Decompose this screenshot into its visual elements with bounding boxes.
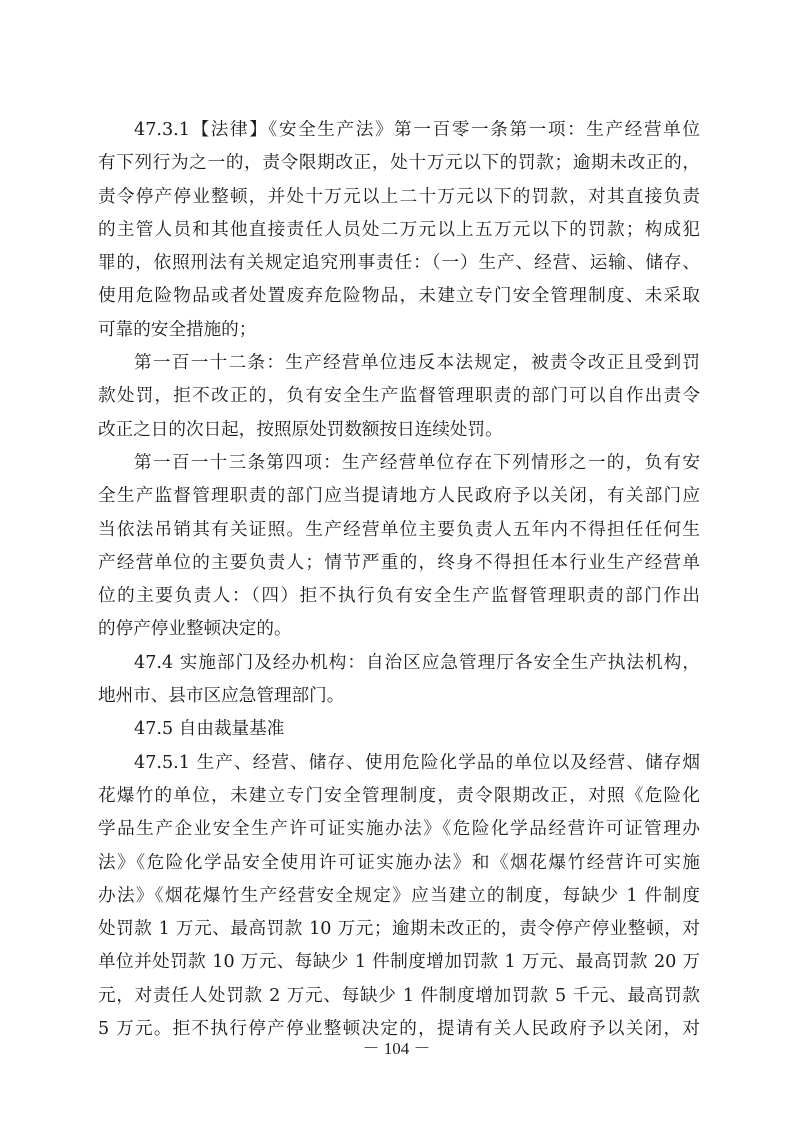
paragraph-article-113-item-4: 第一百一十三条第四项：生产经营单位存在下列情形之一的，负有安 全生产监督管理职责… (98, 447, 700, 647)
text-line: 产经营单位的主要负责人；情节严重的，终身不得担任本行业生产经营单 (98, 547, 700, 580)
text-line: 的主管人员和其他直接责任人员处二万元以上五万元以下的罚款；构成犯 (98, 214, 700, 247)
text-line: 花爆竹的单位，未建立专门安全管理制度，责令限期改正，对照《危险化 (98, 780, 700, 813)
paragraph-47-5-1: 47.5.1 生产、经营、储存、使用危险化学品的单位以及经营、储存烟 花爆竹的单… (98, 747, 700, 1047)
section-heading-47-5: 47.5 自由裁量基准 (98, 713, 700, 746)
text-line: 有下列行为之一的，责令限期改正，处十万元以下的罚款；逾期未改正的， (98, 147, 700, 180)
text-line: 学品生产企业安全生产许可证实施办法》《危险化学品经营许可证管理办 (98, 813, 700, 846)
text-line: 全生产监督管理职责的部门应当提请地方人民政府予以关闭，有关部门应 (98, 480, 700, 513)
text-line: 改正之日的次日起，按照原处罚数额按日连续处罚。 (98, 414, 700, 447)
text-line: 单位并处罚款 10 万元、每缺少 1 件制度增加罚款 1 万元、最高罚款 20 … (98, 946, 700, 979)
text-line: 第一百一十二条：生产经营单位违反本法规定，被责令改正且受到罚 (98, 347, 700, 380)
text-line: 47.3.1【法律】《安全生产法》第一百零一条第一项：生产经营单位 (98, 114, 700, 147)
text-line: 款处罚，拒不改正的，负有安全生产监督管理职责的部门可以自作出责令 (98, 380, 700, 413)
document-body: 47.3.1【法律】《安全生产法》第一百零一条第一项：生产经营单位 有下列行为之… (98, 114, 700, 1046)
paragraph-47-4: 47.4 实施部门及经办机构：自治区应急管理厅各安全生产执法机构， 地州市、县市… (98, 647, 700, 714)
section-heading: 47.5 自由裁量基准 (98, 713, 700, 746)
text-line: 当依法吊销其有关证照。生产经营单位主要负责人五年内不得担任任何生 (98, 514, 700, 547)
text-line: 处罚款 1 万元、最高罚款 10 万元；逾期未改正的，责令停产停业整顿，对 (98, 913, 700, 946)
text-line: 办法》《烟花爆竹生产经营安全规定》应当建立的制度，每缺少 1 件制度 (98, 880, 700, 913)
text-line: 元，对责任人处罚款 2 万元、每缺少 1 件制度增加罚款 5 千元、最高罚款 (98, 980, 700, 1013)
text-line: 使用危险物品或者处置废弃危险物品，未建立专门安全管理制度、未采取 (98, 280, 700, 313)
paragraph-47-3-1: 47.3.1【法律】《安全生产法》第一百零一条第一项：生产经营单位 有下列行为之… (98, 114, 700, 347)
text-line: 47.5.1 生产、经营、储存、使用危险化学品的单位以及经营、储存烟 (98, 747, 700, 780)
text-line: 的停产停业整顿决定的。 (98, 613, 700, 646)
page-number: － 104 － (0, 1034, 793, 1059)
text-line: 位的主要负责人：（四）拒不执行负有安全生产监督管理职责的部门作出 (98, 580, 700, 613)
text-line: 法》《危险化学品安全使用许可证实施办法》和《烟花爆竹经营许可实施 (98, 847, 700, 880)
document-page: 47.3.1【法律】《安全生产法》第一百零一条第一项：生产经营单位 有下列行为之… (0, 0, 793, 1122)
text-line: 地州市、县市区应急管理部门。 (98, 680, 700, 713)
text-line: 第一百一十三条第四项：生产经营单位存在下列情形之一的，负有安 (98, 447, 700, 480)
text-line: 责令停产停业整顿，并处十万元以上二十万元以下的罚款，对其直接负责 (98, 181, 700, 214)
text-line: 47.4 实施部门及经办机构：自治区应急管理厅各安全生产执法机构， (98, 647, 700, 680)
text-line: 罪的，依照刑法有关规定追究刑事责任：（一）生产、经营、运输、储存、 (98, 247, 700, 280)
paragraph-article-112: 第一百一十二条：生产经营单位违反本法规定，被责令改正且受到罚 款处罚，拒不改正的… (98, 347, 700, 447)
text-line: 可靠的安全措施的； (98, 314, 700, 347)
